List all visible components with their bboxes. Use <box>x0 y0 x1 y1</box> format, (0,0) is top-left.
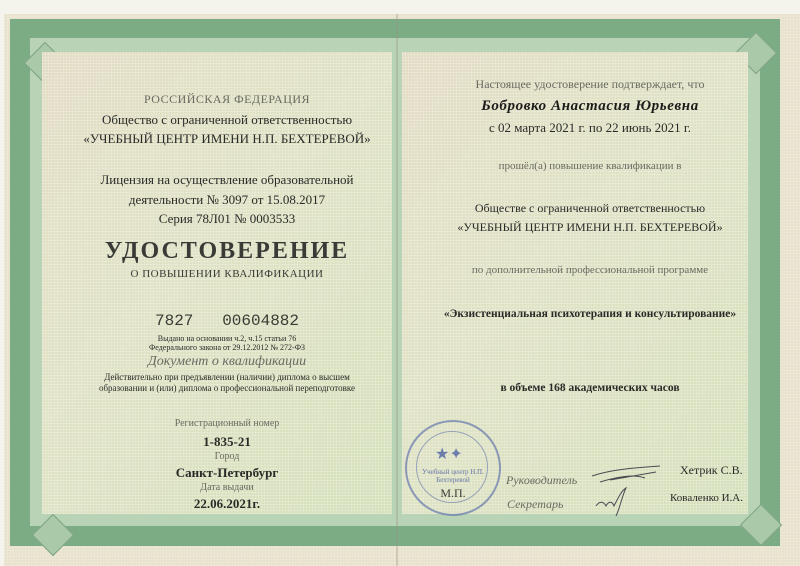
director-label: Руководитель <box>506 473 577 488</box>
document-type: Документ о квалификации <box>62 354 392 370</box>
holder-name: Бобровко Анастасия Юрьевна <box>420 98 760 115</box>
completed-text: прошёл(а) повышение квалификации в <box>420 160 760 172</box>
license-line1: Лицензия на осуществление образовательно… <box>62 172 392 188</box>
hours-volume: в объеме 168 академических часов <box>420 382 760 394</box>
license-series: Серия 78Л01 № 0003533 <box>62 211 392 227</box>
left-page-content: РОССИЙСКАЯ ФЕДЕРАЦИЯ Общество с ограниче… <box>62 0 392 566</box>
validity-line2: образовании и (или) диплома о профессион… <box>62 383 392 393</box>
confirm-text: Настоящее удостоверение подтверждает, чт… <box>420 77 760 92</box>
stamp-org-text: Учебный центр Н.П. Бехтеревой <box>419 468 487 484</box>
org-name-line1: Обществе с ограниченной ответственностью <box>420 201 760 216</box>
director-name: Хетрик С.В. <box>680 463 743 478</box>
document-number: 7827 00604882 <box>62 312 392 330</box>
org-name-line1: Общество с ограниченной ответственностью <box>62 112 392 128</box>
official-stamp: ★✦ Учебный центр Н.П. Бехтеревой М.П. <box>405 420 501 516</box>
document-title: УДОСТОВЕРЕНИЕ <box>62 238 392 265</box>
city-value: Санкт-Петербург <box>62 465 392 481</box>
issued-basis-line2: Федерального закона от 29.12.2012 № 272-… <box>62 343 392 352</box>
city-label: Город <box>62 451 392 462</box>
license-line2: деятельности № 3097 от 15.08.2017 <box>62 192 392 208</box>
org-name-line2: «УЧЕБНЫЙ ЦЕНТР ИМЕНИ Н.П. БЕХТЕРЕВОЙ» <box>420 220 760 235</box>
secretary-name: Коваленко И.А. <box>670 492 743 504</box>
document-subtitle: О ПОВЫШЕНИИ КВАЛИФИКАЦИИ <box>62 268 392 280</box>
training-period: с 02 марта 2021 г. по 22 июнь 2021 г. <box>420 120 760 136</box>
issued-basis-line1: Выдано на основании ч.2, ч.15 статьи 76 <box>62 334 392 343</box>
program-name: «Экзистенциальная психотерапия и консуль… <box>420 308 760 320</box>
country-label: РОССИЙСКАЯ ФЕДЕРАЦИЯ <box>62 92 392 107</box>
issue-date: 22.06.2021г. <box>62 496 392 512</box>
reg-number-label: Регистрационный номер <box>62 418 392 429</box>
org-name-line2: «УЧЕБНЫЙ ЦЕНТР ИМЕНИ Н.П. БЕХТЕРЕВОЙ» <box>62 131 392 147</box>
secretary-label: Секретарь <box>507 497 563 512</box>
validity-line1: Действительно при предъявлении (наличии)… <box>62 372 392 382</box>
program-label: по дополнительной профессиональной прогр… <box>420 264 760 276</box>
stamp-mp: М.П. <box>407 486 499 501</box>
reg-number: 1-835-21 <box>62 434 392 450</box>
star-logo-icon: ★✦ <box>435 444 463 464</box>
page-fold <box>396 14 398 566</box>
secretary-signature-icon <box>592 484 632 518</box>
issue-date-label: Дата выдачи <box>62 482 392 493</box>
